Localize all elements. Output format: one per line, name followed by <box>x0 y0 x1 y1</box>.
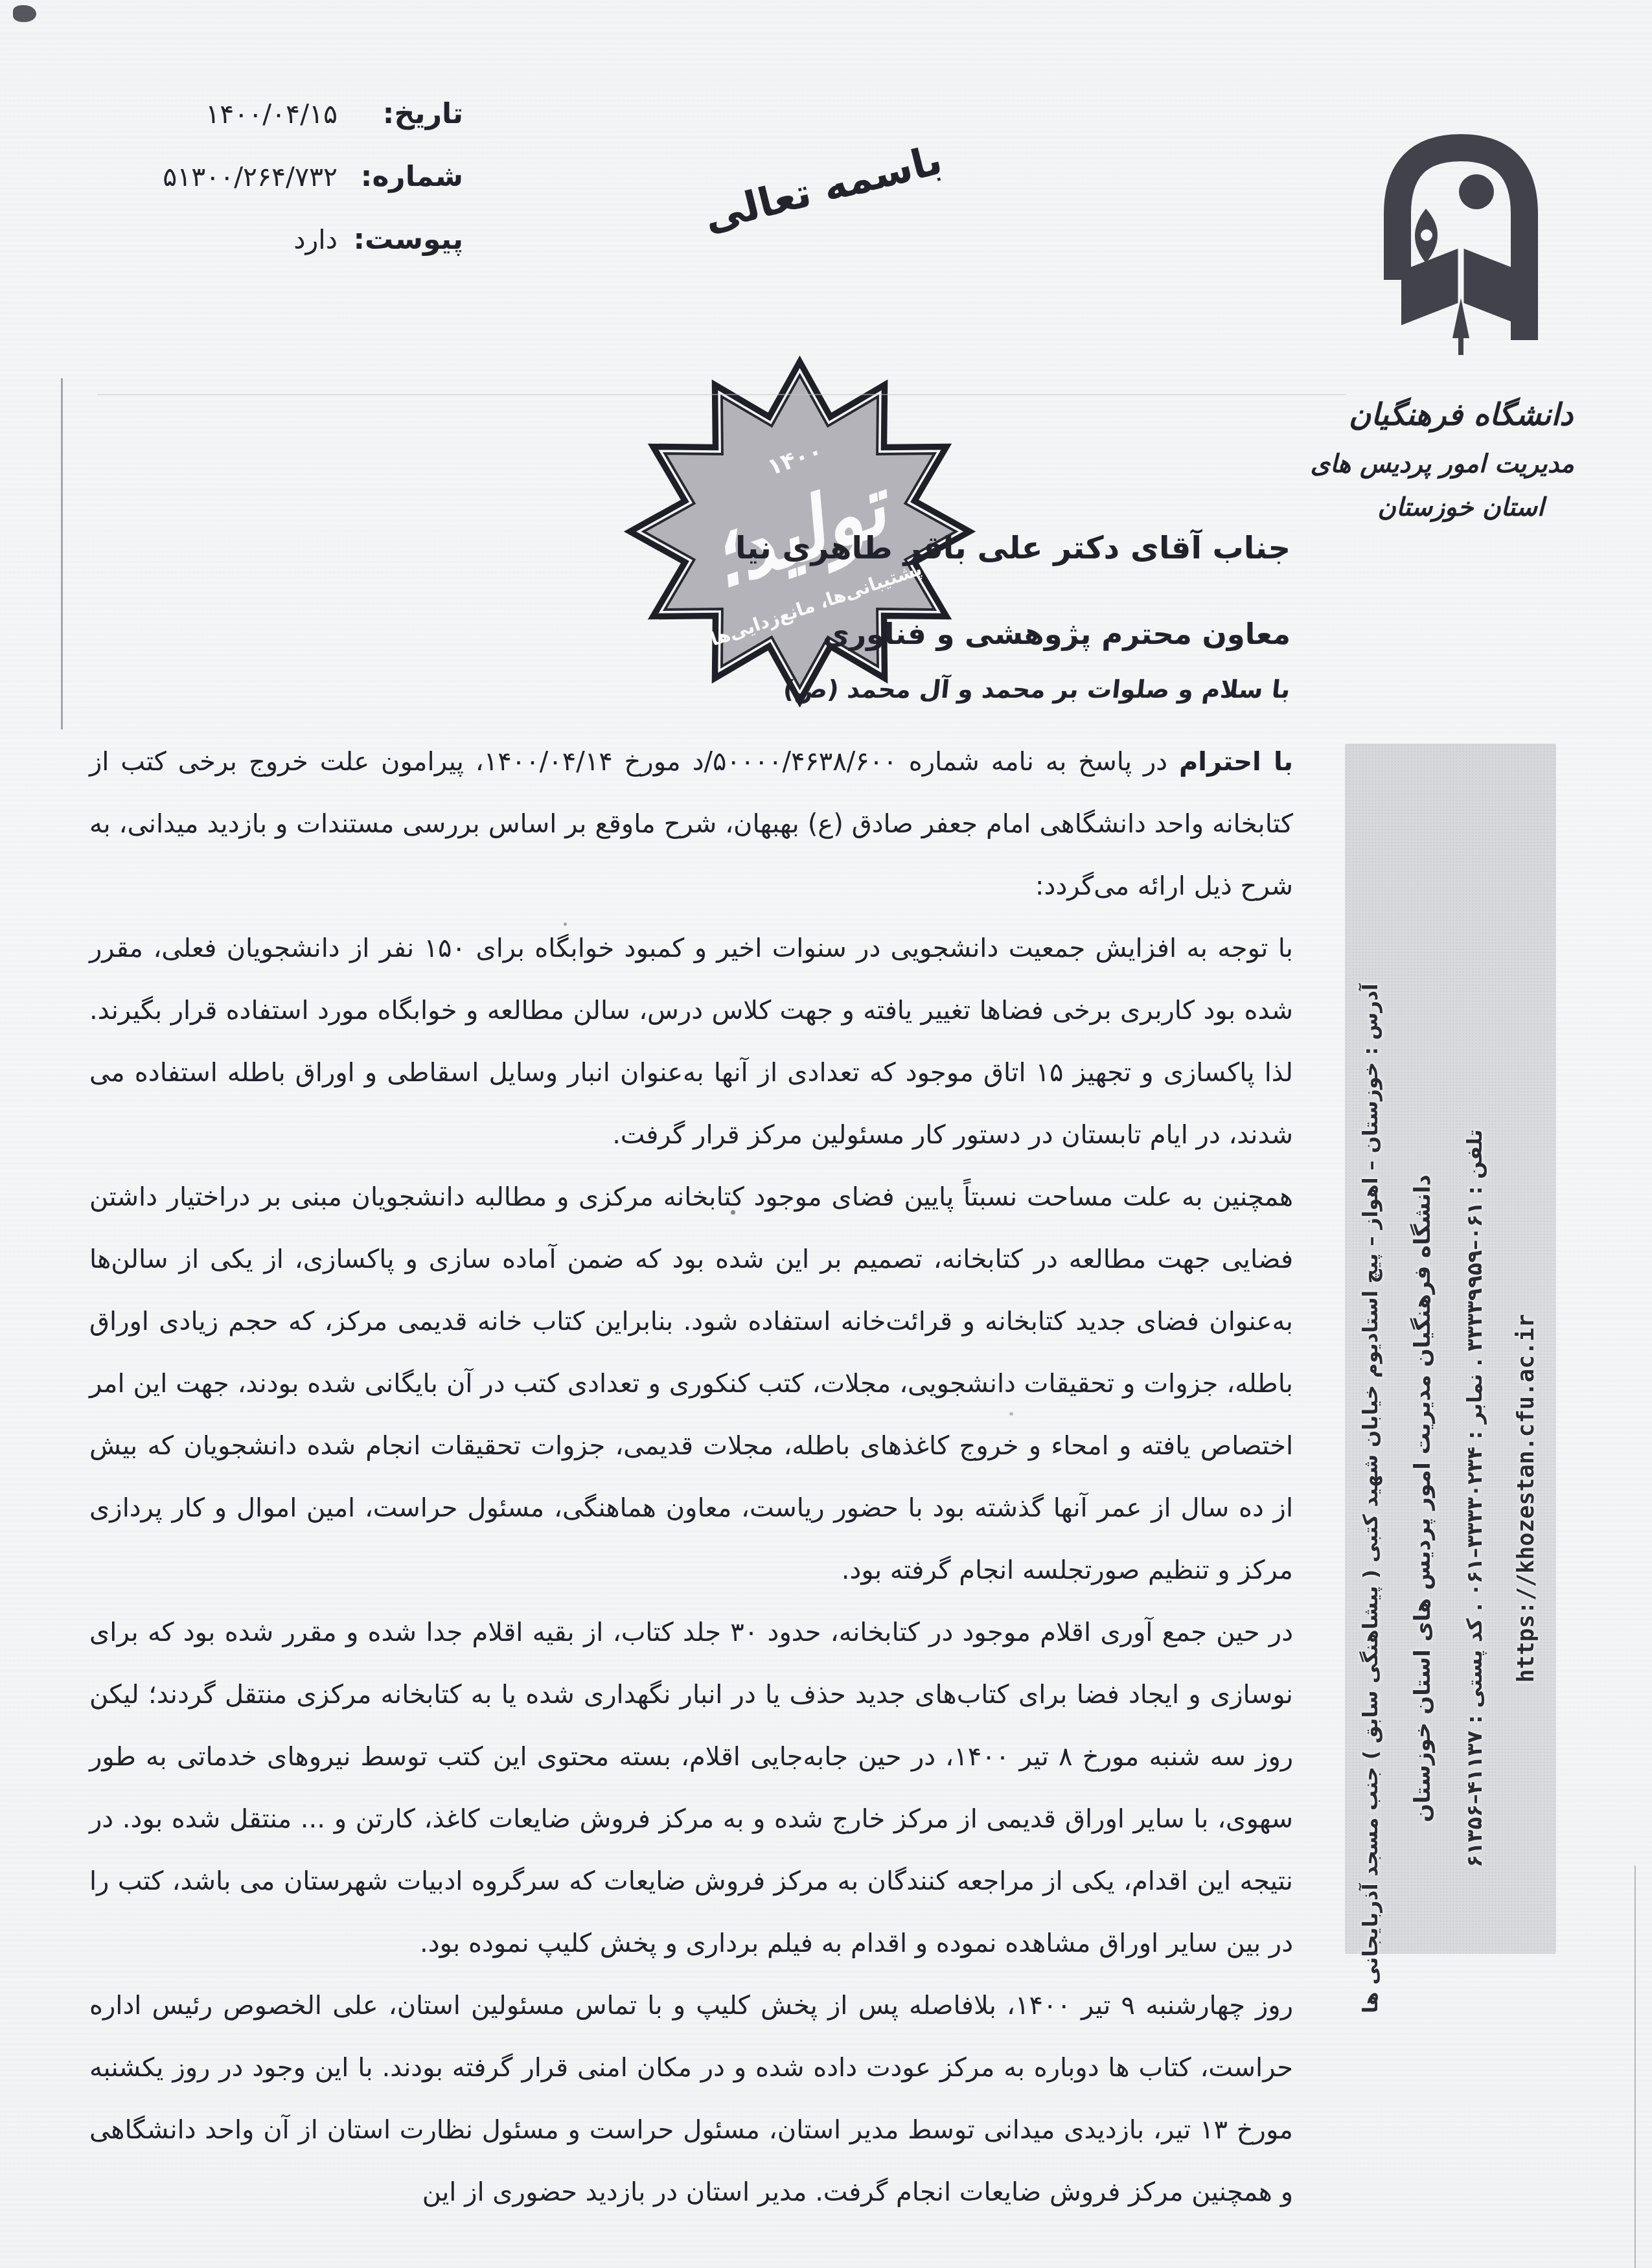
date-value: ۱۴۰۰/۰۴/۱۵ <box>205 98 338 130</box>
number-value: ۵۱۳۰۰/۲۶۴/۷۳۲ <box>163 161 338 192</box>
meta-row-date: تاریخ: ۱۴۰۰/۰۴/۱۵ <box>139 97 463 130</box>
farhangian-university-logo-icon <box>1364 107 1558 385</box>
scan-corner-mark <box>13 5 36 22</box>
letter-meta-block: تاریخ: ۱۴۰۰/۰۴/۱۵ شماره: ۵۱۳۰۰/۲۶۴/۷۳۲ پ… <box>139 97 463 286</box>
sidebar-address: آدرس : خوزستان – اهواز – پیچ استادیوم خی… <box>1345 757 1397 2240</box>
meta-row-attachment: پیوست: دارد <box>139 223 463 256</box>
body-paragraph-1: با احترام در پاسخ به نامه شماره ۵۰۰۰۰/۴۶… <box>89 731 1293 917</box>
university-logo-block: دانشگاه فرهنگیان مدیریت امور پردیس های ا… <box>1348 107 1574 522</box>
body-paragraph-2: با توجه به افزایش جمعیت دانشجویی در سنوا… <box>89 917 1293 1166</box>
bismillah-calligraphy: باسمه تعالی <box>669 67 976 308</box>
recipient-block: جناب آقای دکتر علی باقر طاهری نیا معاون … <box>735 530 1291 651</box>
salutation-line: با سلام و صلوات بر محمد و آل محمد (ص) <box>782 675 1292 704</box>
logo-province-name: استان خوزستان <box>1348 493 1574 522</box>
scanned-letter-page: تاریخ: ۱۴۰۰/۰۴/۱۵ شماره: ۵۱۳۰۰/۲۶۴/۷۳۲ پ… <box>0 0 1652 2268</box>
sidebar-phone-fax-postal: تلفن : ۰۶۱–۳۳۳۳۹۹۵۹ . نمابر : ۳۳۳۳۰۲۳۴–۰… <box>1449 757 1500 2240</box>
body-paragraph-5: روز چهارشنبه ۹ تیر ۱۴۰۰، بلافاصله پس از … <box>89 1975 1293 2223</box>
number-label: شماره: <box>360 160 463 193</box>
logo-dept-name: مدیریت امور پردیس های <box>1348 450 1574 479</box>
body-paragraph-3: همچنین به علت مساحت نسبتاً پایین فضای مو… <box>89 1166 1293 1601</box>
date-label: تاریخ: <box>360 97 463 130</box>
letter-body: با احترام در پاسخ به نامه شماره ۵۰۰۰۰/۴۶… <box>89 731 1293 2223</box>
logo-org-name: دانشگاه فرهنگیان <box>1348 397 1574 433</box>
meta-row-number: شماره: ۵۱۳۰۰/۲۶۴/۷۳۲ <box>139 160 463 193</box>
lead-phrase: با احترام <box>1179 747 1293 777</box>
sidebar-website-url: https://khozestan.cfu.ac.ir <box>1500 757 1552 2240</box>
scan-edge-line-right <box>1635 1866 1636 2268</box>
sidebar-organization: دانشگاه فرهنگیان مدیریت امور پردیس های ا… <box>1397 757 1449 2240</box>
attachment-value: دارد <box>293 224 338 255</box>
body-paragraph-4: در حین جمع آوری اقلام موجود در کتابخانه،… <box>89 1601 1293 1975</box>
sidebar-text-lines: آدرس : خوزستان – اهواز – پیچ استادیوم خی… <box>1345 757 1556 2240</box>
sidebar-rotated-block: آدرس : خوزستان – اهواز – پیچ استادیوم خی… <box>1345 757 1556 2240</box>
attachment-label: پیوست: <box>360 223 463 256</box>
recipient-name: جناب آقای دکتر علی باقر طاهری نیا <box>735 530 1291 566</box>
scan-edge-line-left <box>61 378 63 729</box>
paragraph-1-text: در پاسخ به نامه شماره ۵۰۰۰۰/۴۶۳۸/۶۰۰/د م… <box>89 747 1293 901</box>
recipient-title: معاون محترم پژوهشی و فناوری <box>735 617 1291 651</box>
